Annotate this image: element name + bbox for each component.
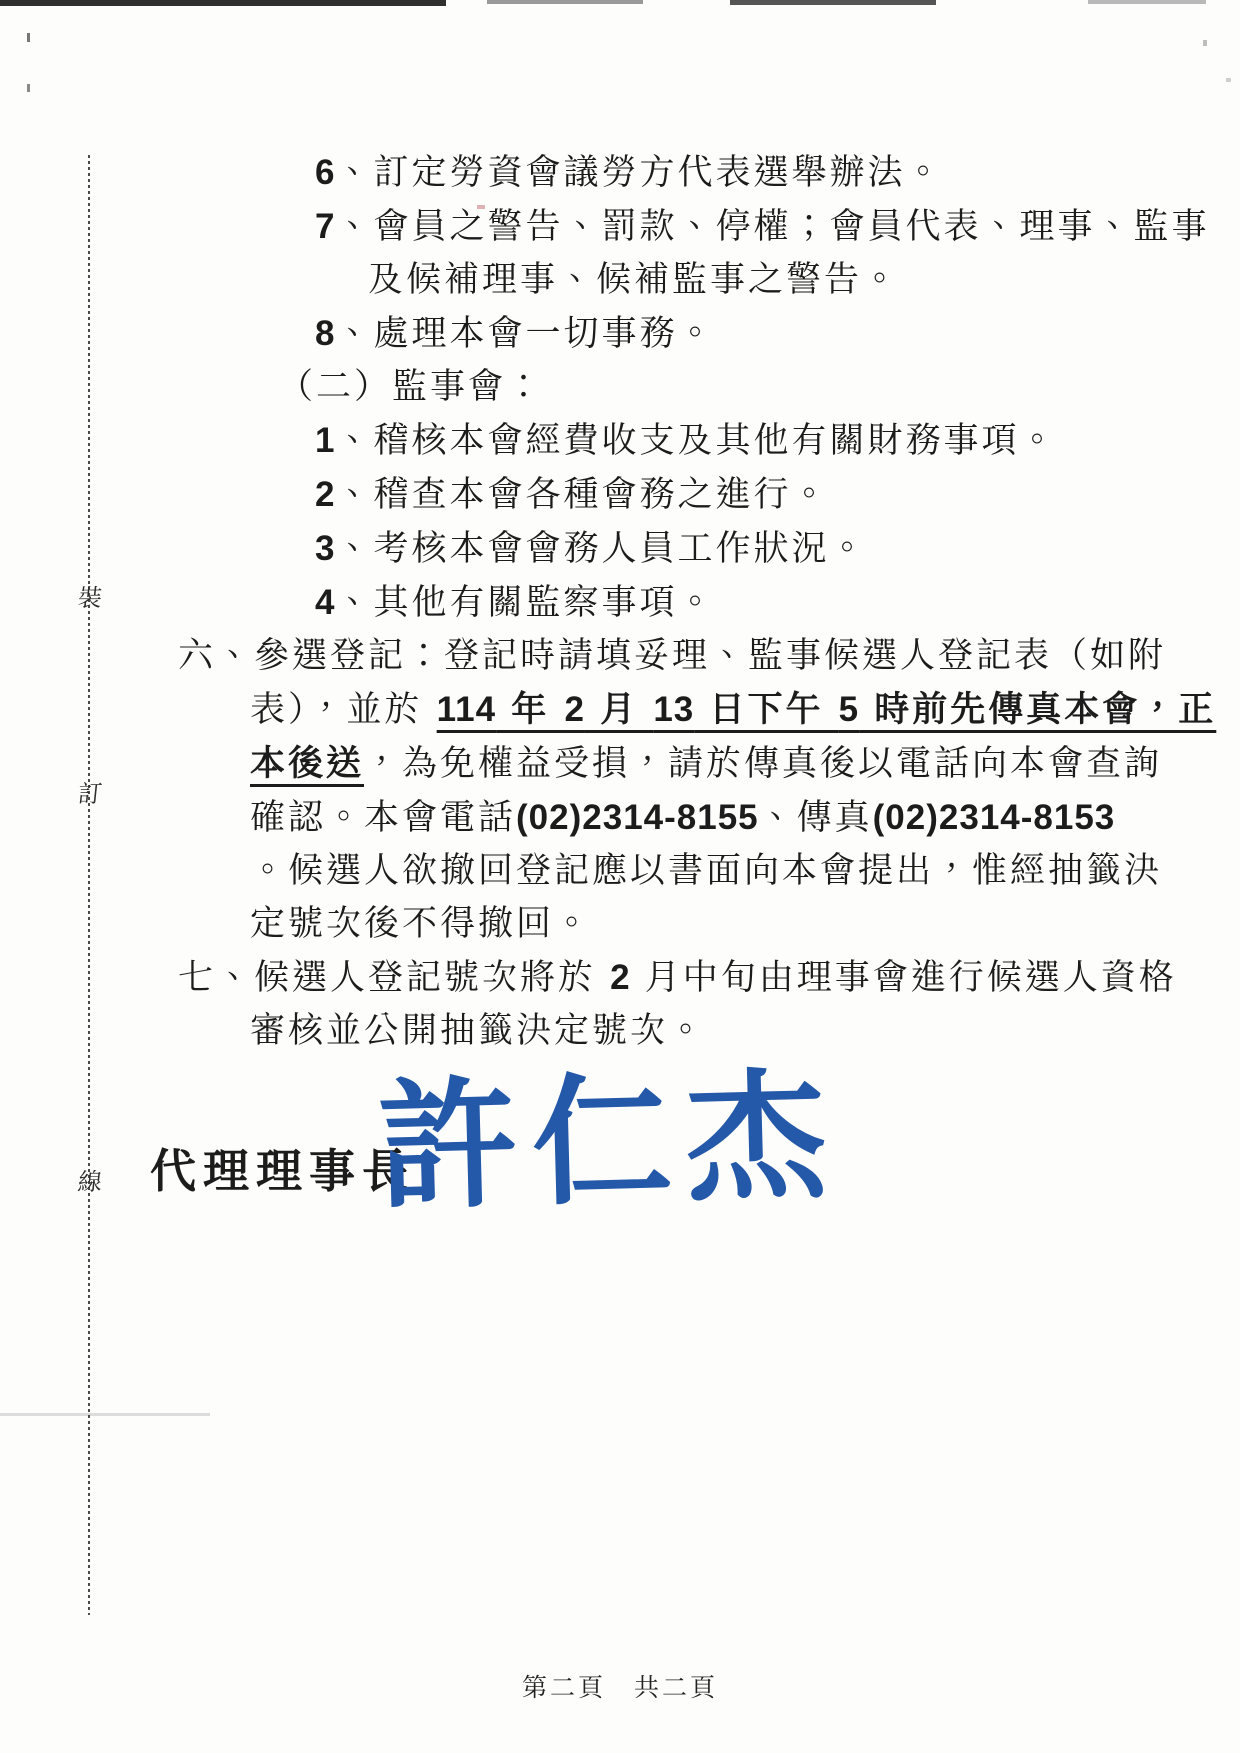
scan-edge-artifact — [0, 0, 446, 6]
scan-smudge — [0, 1413, 210, 1416]
document-body: 6、訂定勞資會議勞方代表選舉辦法。 7、會員之警告、罰款、停權；會員代表、理事、… — [0, 146, 1240, 1058]
text-segment: 1 — [315, 421, 335, 460]
doc-line: 。候選人欲撤回登記應以書面向本會提出，惟經抽籤決 — [0, 845, 1240, 898]
text-segment: （二）監事會： — [278, 367, 544, 407]
text-segment: 本後送 — [250, 743, 364, 784]
text-segment: 日下午 — [694, 689, 838, 730]
text-segment: 審核並公開抽籤決定號次。 — [250, 1011, 706, 1051]
doc-line: 本後送，為免權益受損，請於傳真後以電話向本會查詢 — [0, 737, 1240, 791]
doc-line: 七、候選人登記號次將於 2 月中旬由理事會進行候選人資格 — [0, 951, 1240, 1005]
text-segment: 六、參選登記：登記時請填妥理、監事候選人登記表（如附 — [178, 636, 1166, 676]
doc-line: 1、稽核本會經費收支及其他有關財務事項。 — [0, 414, 1240, 468]
acting-chairman-label: 代理理事長 — [150, 1148, 415, 1194]
text-segment: 及候補理事、候補監事之警告。 — [368, 260, 900, 300]
scan-edge-artifact — [1088, 0, 1206, 4]
signature-handwriting: 許仁杰 — [376, 1066, 842, 1218]
text-segment: 、其他有關監察事項。 — [335, 583, 715, 623]
text-segment: 8 — [315, 314, 335, 353]
text-segment: 、處理本會一切事務。 — [335, 314, 715, 354]
text-segment: 、考核本會會務人員工作狀況。 — [335, 529, 867, 569]
binding-label-xian: 線 — [71, 1170, 110, 1194]
text-segment: 年 — [496, 689, 564, 730]
text-segment: (02)2314-8155 — [516, 798, 759, 837]
doc-line: 2、稽查本會各種會務之進行。 — [0, 468, 1240, 522]
scan-speck — [27, 84, 30, 92]
doc-line: 審核並公開抽籤決定號次。 — [0, 1005, 1240, 1058]
text-segment: 5 — [839, 690, 859, 729]
doc-line: 7、會員之警告、罰款、停權；會員代表、理事、監事 — [0, 200, 1240, 254]
text-segment: 4 — [315, 583, 335, 622]
text-segment: 、傳真 — [759, 798, 873, 838]
text-segment: 2 — [564, 690, 584, 729]
doc-line: （二）監事會： — [0, 361, 1240, 414]
text-segment: 2 — [610, 958, 630, 997]
scan-edge-artifact — [730, 0, 936, 5]
text-segment: 月中旬由理事會進行候選人資格 — [631, 958, 1177, 998]
text-segment: 。候選人欲撤回登記應以書面向本會提出，惟經抽籤決 — [250, 851, 1162, 891]
doc-line: 6、訂定勞資會議勞方代表選舉辦法。 — [0, 146, 1240, 200]
text-segment: ，為免權益受損，請於傳真後以電話向本會查詢 — [364, 744, 1162, 784]
scan-speck — [27, 33, 30, 42]
text-segment: 時前先傳真本會，正 — [859, 689, 1216, 730]
text-segment: 、稽核本會經費收支及其他有關財務事項。 — [335, 421, 1057, 461]
text-segment: 、稽查本會各種會務之進行。 — [335, 475, 829, 515]
scanned-document-page: 裝 訂 線 6、訂定勞資會議勞方代表選舉辦法。 7、會員之警告、罰款、停權；會員… — [0, 0, 1240, 1753]
text-segment: 2 — [315, 475, 335, 514]
scan-speck — [1203, 40, 1207, 46]
doc-line: 4、其他有關監察事項。 — [0, 576, 1240, 630]
scan-speck — [1226, 78, 1231, 82]
text-segment: 3 — [315, 529, 335, 568]
doc-line: 及候補理事、候補監事之警告。 — [0, 254, 1240, 307]
text-segment: 、會員之警告、罰款、停權；會員代表、理事、監事 — [335, 207, 1209, 247]
scan-edge-artifact — [487, 0, 643, 4]
text-segment: 七、候選人登記號次將於 — [178, 958, 610, 998]
text-segment: (02)2314-8153 — [873, 798, 1116, 837]
text-segment: 114 — [437, 690, 496, 729]
doc-line: 3、考核本會會務人員工作狀況。 — [0, 522, 1240, 576]
text-segment: 表），並於 — [250, 690, 437, 730]
doc-line: 確認。本會電話(02)2314-8155、傳真(02)2314-8153 — [0, 791, 1240, 845]
doc-line: 8、處理本會一切事務。 — [0, 307, 1240, 361]
text-segment: 6 — [315, 153, 335, 192]
doc-line: 表），並於 114 年 2 月 13 日下午 5 時前先傳真本會，正 — [0, 683, 1240, 737]
text-segment: 、訂定勞資會議勞方代表選舉辦法。 — [335, 153, 943, 193]
text-segment: 13 — [653, 690, 694, 729]
text-segment: 7 — [315, 207, 335, 246]
doc-line: 定號次後不得撤回。 — [0, 898, 1240, 951]
text-segment: 月 — [585, 689, 653, 730]
text-segment: 確認。本會電話 — [250, 798, 516, 838]
text-segment: 定號次後不得撤回。 — [250, 904, 592, 944]
doc-line: 六、參選登記：登記時請填妥理、監事候選人登記表（如附 — [0, 630, 1240, 683]
page-number-footer: 第二頁 共二頁 — [0, 1668, 1240, 1704]
